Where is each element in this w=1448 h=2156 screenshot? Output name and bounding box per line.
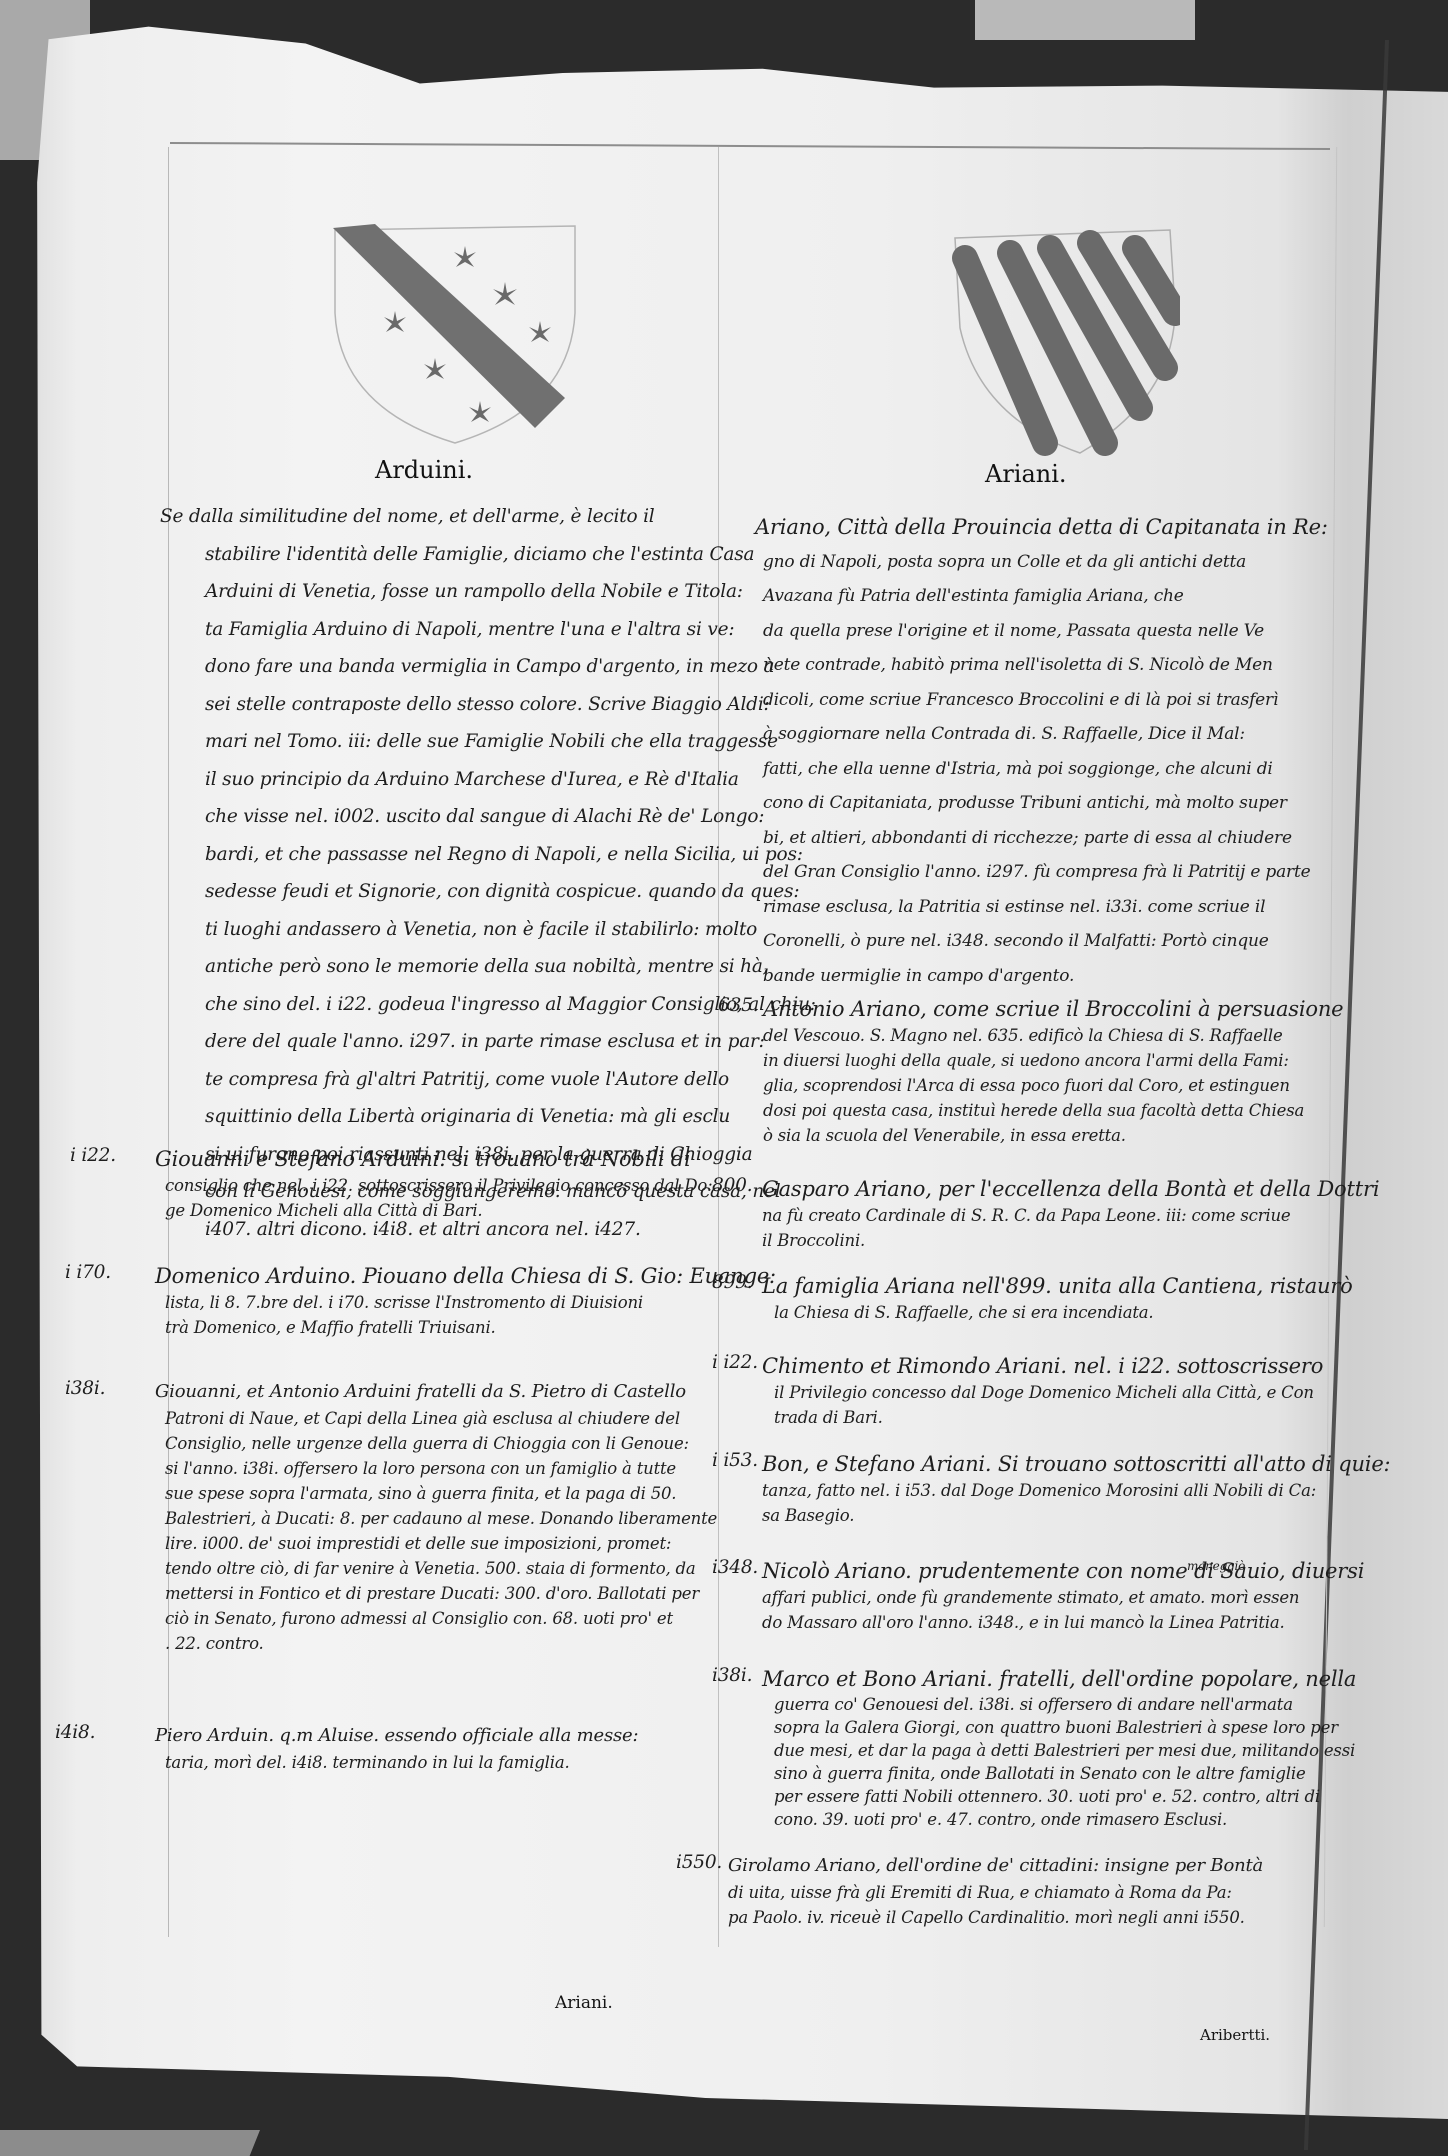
text-line: tanza, fatto nel. i i53. dal Doge Domeni…	[762, 1478, 1322, 1503]
text-line: Piero Arduin. q.m Aluise. essendo offici…	[155, 1722, 715, 1750]
text-line: Chimento et Rimondo Ariani. nel. i i22. …	[762, 1352, 1322, 1380]
entry-year: i i53.	[712, 1450, 758, 1471]
text-line: Girolamo Ariano, dell'ordine de' cittadi…	[728, 1852, 1308, 1880]
text-line: Giouanni e Stefano Arduini. si trouano t…	[155, 1145, 715, 1173]
text-line: pa Paolo. iv. riceuè il Capello Cardinal…	[728, 1905, 1308, 1930]
text-line: ò sia la scuola del Venerabile, in essa …	[763, 1123, 1323, 1148]
text-line: antiche però sono le memorie della sua n…	[160, 948, 710, 986]
text-line: mari nel Tomo. iii: delle sue Famiglie N…	[160, 723, 710, 761]
text-line: Bon, e Stefano Ariani. Si trouano sottos…	[762, 1450, 1322, 1478]
text-line: cono di Capitaniata, produsse Tribuni an…	[755, 786, 1325, 821]
text-line: la Chiesa di S. Raffaelle, che si era in…	[762, 1300, 1322, 1325]
text-line: sino à guerra finita, onde Ballotati in …	[762, 1762, 1322, 1785]
text-line: del Vescouo. S. Magno nel. 635. edificò …	[763, 1023, 1323, 1048]
text-line: guerra co' Genouesi del. i38i. si offers…	[762, 1693, 1322, 1716]
text-line: Se dalla similitudine del nome, et dell'…	[160, 498, 710, 536]
text-line: sopra la Galera Giorgi, con quattro buon…	[762, 1716, 1322, 1739]
entry-year: i i22.	[712, 1352, 758, 1373]
entry-year: i i70.	[65, 1262, 111, 1283]
text-line: nete contrade, habitò prima nell'isolett…	[755, 648, 1325, 683]
text-line: Arduini di Venetia, fosse un rampollo de…	[160, 573, 710, 611]
text-line: Marco et Bono Ariani. fratelli, dell'ord…	[762, 1665, 1322, 1693]
text-line: Balestrieri, à Ducati: 8. per cadauno al…	[155, 1506, 715, 1531]
text-line: squittinio della Libertà originaria di V…	[160, 1098, 710, 1136]
text-line: taria, morì del. i4i8. terminando in lui…	[155, 1750, 715, 1775]
text-line: do Massaro all'oro l'anno. i348., e in l…	[762, 1610, 1322, 1635]
text-line: te compresa frà gl'altri Patritij, come …	[160, 1061, 710, 1099]
arduini-intro-paragraph: Se dalla similitudine del nome, et dell'…	[160, 498, 710, 1248]
ariani-coat-of-arms-icon	[940, 218, 1180, 458]
text-line: di uita, uisse frà gli Eremiti di Rua, e…	[728, 1880, 1308, 1905]
text-line: Patroni di Naue, et Capi della Linea già…	[155, 1406, 715, 1431]
text-line: Coronelli, ò pure nel. i348. secondo il …	[755, 924, 1325, 959]
entry-year: i4i8.	[55, 1722, 95, 1743]
text-line: sei stelle contraposte dello stesso colo…	[160, 686, 710, 724]
text-line: consiglio che nel. i i22. sottoscrissero…	[155, 1173, 715, 1198]
text-line: fatti, che ella uenne d'Istria, mà poi s…	[755, 752, 1325, 787]
text-line: lista, li 8. 7.bre del. i i70. scrisse l…	[155, 1290, 715, 1315]
entry-year: i348.	[712, 1557, 758, 1578]
ariani-intro-paragraph: Ariano, Città della Prouincia detta di C…	[755, 510, 1325, 993]
text-line: glia, scoprendosi l'Arca di essa poco fu…	[763, 1073, 1323, 1098]
text-line: bardi, et che passasse nel Regno di Napo…	[160, 836, 710, 874]
text-line: dosi poi questa casa, instituì herede de…	[763, 1098, 1323, 1123]
underlying-sheet-edge-bottom	[0, 2130, 260, 2156]
text-line: che visse nel. i002. uscito dal sangue d…	[160, 798, 710, 836]
text-line: ge Domenico Micheli alla Città di Bari.	[155, 1198, 715, 1223]
entry-year: 800.	[712, 1175, 752, 1196]
text-line: del Gran Consiglio l'anno. i297. fù comp…	[755, 855, 1325, 890]
entry-year: i i22.	[70, 1145, 116, 1166]
entry-year: i38i.	[712, 1665, 752, 1686]
text-line: per essere fatti Nobili ottennero. 30. u…	[762, 1785, 1322, 1808]
text-line: in diuersi luoghi della quale, si uedono…	[763, 1048, 1323, 1073]
text-line: ti luoghi andassero à Venetia, non è fac…	[160, 911, 710, 949]
text-line: si l'anno. i38i. offersero la loro perso…	[155, 1456, 715, 1481]
text-line: Gasparo Ariano, per l'eccellenza della B…	[762, 1175, 1322, 1203]
underlying-sheet-edge-top	[975, 0, 1195, 40]
text-line: Nicolò Ariano. prudentemente con nome di…	[762, 1557, 1322, 1585]
text-line: sedesse feudi et Signorie, con dignità c…	[160, 873, 710, 911]
text-line: . 22. contro.	[155, 1631, 715, 1656]
text-line: Giouanni, et Antonio Arduini fratelli da…	[155, 1378, 715, 1406]
text-line: bande uermiglie in campo d'argento.	[755, 959, 1325, 994]
family-heading-arduini: Arduini.	[375, 456, 473, 484]
text-line: il Broccolini.	[762, 1228, 1322, 1253]
text-line: lire. i000. de' suoi imprestidi et delle…	[155, 1531, 715, 1556]
text-line: rimase esclusa, la Patritia si estinse n…	[755, 890, 1325, 925]
text-line: à soggiornare nella Contrada di. S. Raff…	[755, 717, 1325, 752]
text-line: che sino del. i i22. godeua l'ingresso a…	[160, 986, 710, 1024]
text-line: da quella prese l'origine et il nome, Pa…	[755, 614, 1325, 649]
text-line: trà Domenico, e Maffio fratelli Triuisan…	[155, 1315, 715, 1340]
catchword-right: Aribertti.	[1200, 2026, 1270, 2044]
text-line: gno di Napoli, posta sopra un Colle et d…	[755, 545, 1325, 580]
text-line: Domenico Arduino. Piouano della Chiesa d…	[155, 1262, 715, 1290]
arduini-coat-of-arms-icon	[325, 218, 585, 453]
text-line: ciò in Senato, furono admessi al Consigl…	[155, 1606, 715, 1631]
entry-year: 635.	[718, 995, 758, 1016]
catchword-center: Ariani.	[555, 1993, 613, 2013]
text-line: mettersi in Fontico et di prestare Ducat…	[155, 1581, 715, 1606]
text-line: La famiglia Ariana nell'899. unita alla …	[762, 1272, 1322, 1300]
text-line: Ariano, Città della Prouincia detta di C…	[755, 510, 1325, 545]
text-line: tendo oltre ciò, di far venire à Venetia…	[155, 1556, 715, 1581]
text-line: dicoli, come scriue Francesco Broccolini…	[755, 683, 1325, 718]
text-line: trada di Bari.	[762, 1405, 1322, 1430]
family-heading-ariani: Ariani.	[985, 460, 1067, 488]
entry-year: i550.	[676, 1852, 722, 1873]
text-line: il Privilegio concesso dal Doge Domenico…	[762, 1380, 1322, 1405]
text-line: cono. 39. uoti pro' e. 47. contro, onde …	[762, 1808, 1322, 1831]
text-line: due mesi, et dar la paga à detti Balestr…	[762, 1739, 1322, 1762]
text-line: affari publici, onde fù grandemente stim…	[762, 1585, 1322, 1610]
text-line: dere del quale l'anno. i297. in parte ri…	[160, 1023, 710, 1061]
text-line: Avazana fù Patria dell'estinta famiglia …	[755, 579, 1325, 614]
text-line: sa Basegio.	[762, 1503, 1322, 1528]
text-line: na fù creato Cardinale di S. R. C. da Pa…	[762, 1203, 1322, 1228]
text-line: sue spese sopra l'armata, sino à guerra …	[155, 1481, 715, 1506]
text-line: bi, et altieri, abbondanti di ricchezze;…	[755, 821, 1325, 856]
text-line: Consiglio, nelle urgenze della guerra di…	[155, 1431, 715, 1456]
entry-year: i38i.	[65, 1378, 105, 1399]
entry-year: 899.	[712, 1272, 752, 1293]
text-line: ta Famiglia Arduino di Napoli, mentre l'…	[160, 611, 710, 649]
text-line: Antonio Ariano, come scriue il Broccolin…	[763, 995, 1323, 1023]
text-line: stabilire l'identità delle Famiglie, dic…	[160, 536, 710, 574]
text-line: il suo principio da Arduino Marchese d'I…	[160, 761, 710, 799]
text-line: dono fare una banda vermiglia in Campo d…	[160, 648, 710, 686]
